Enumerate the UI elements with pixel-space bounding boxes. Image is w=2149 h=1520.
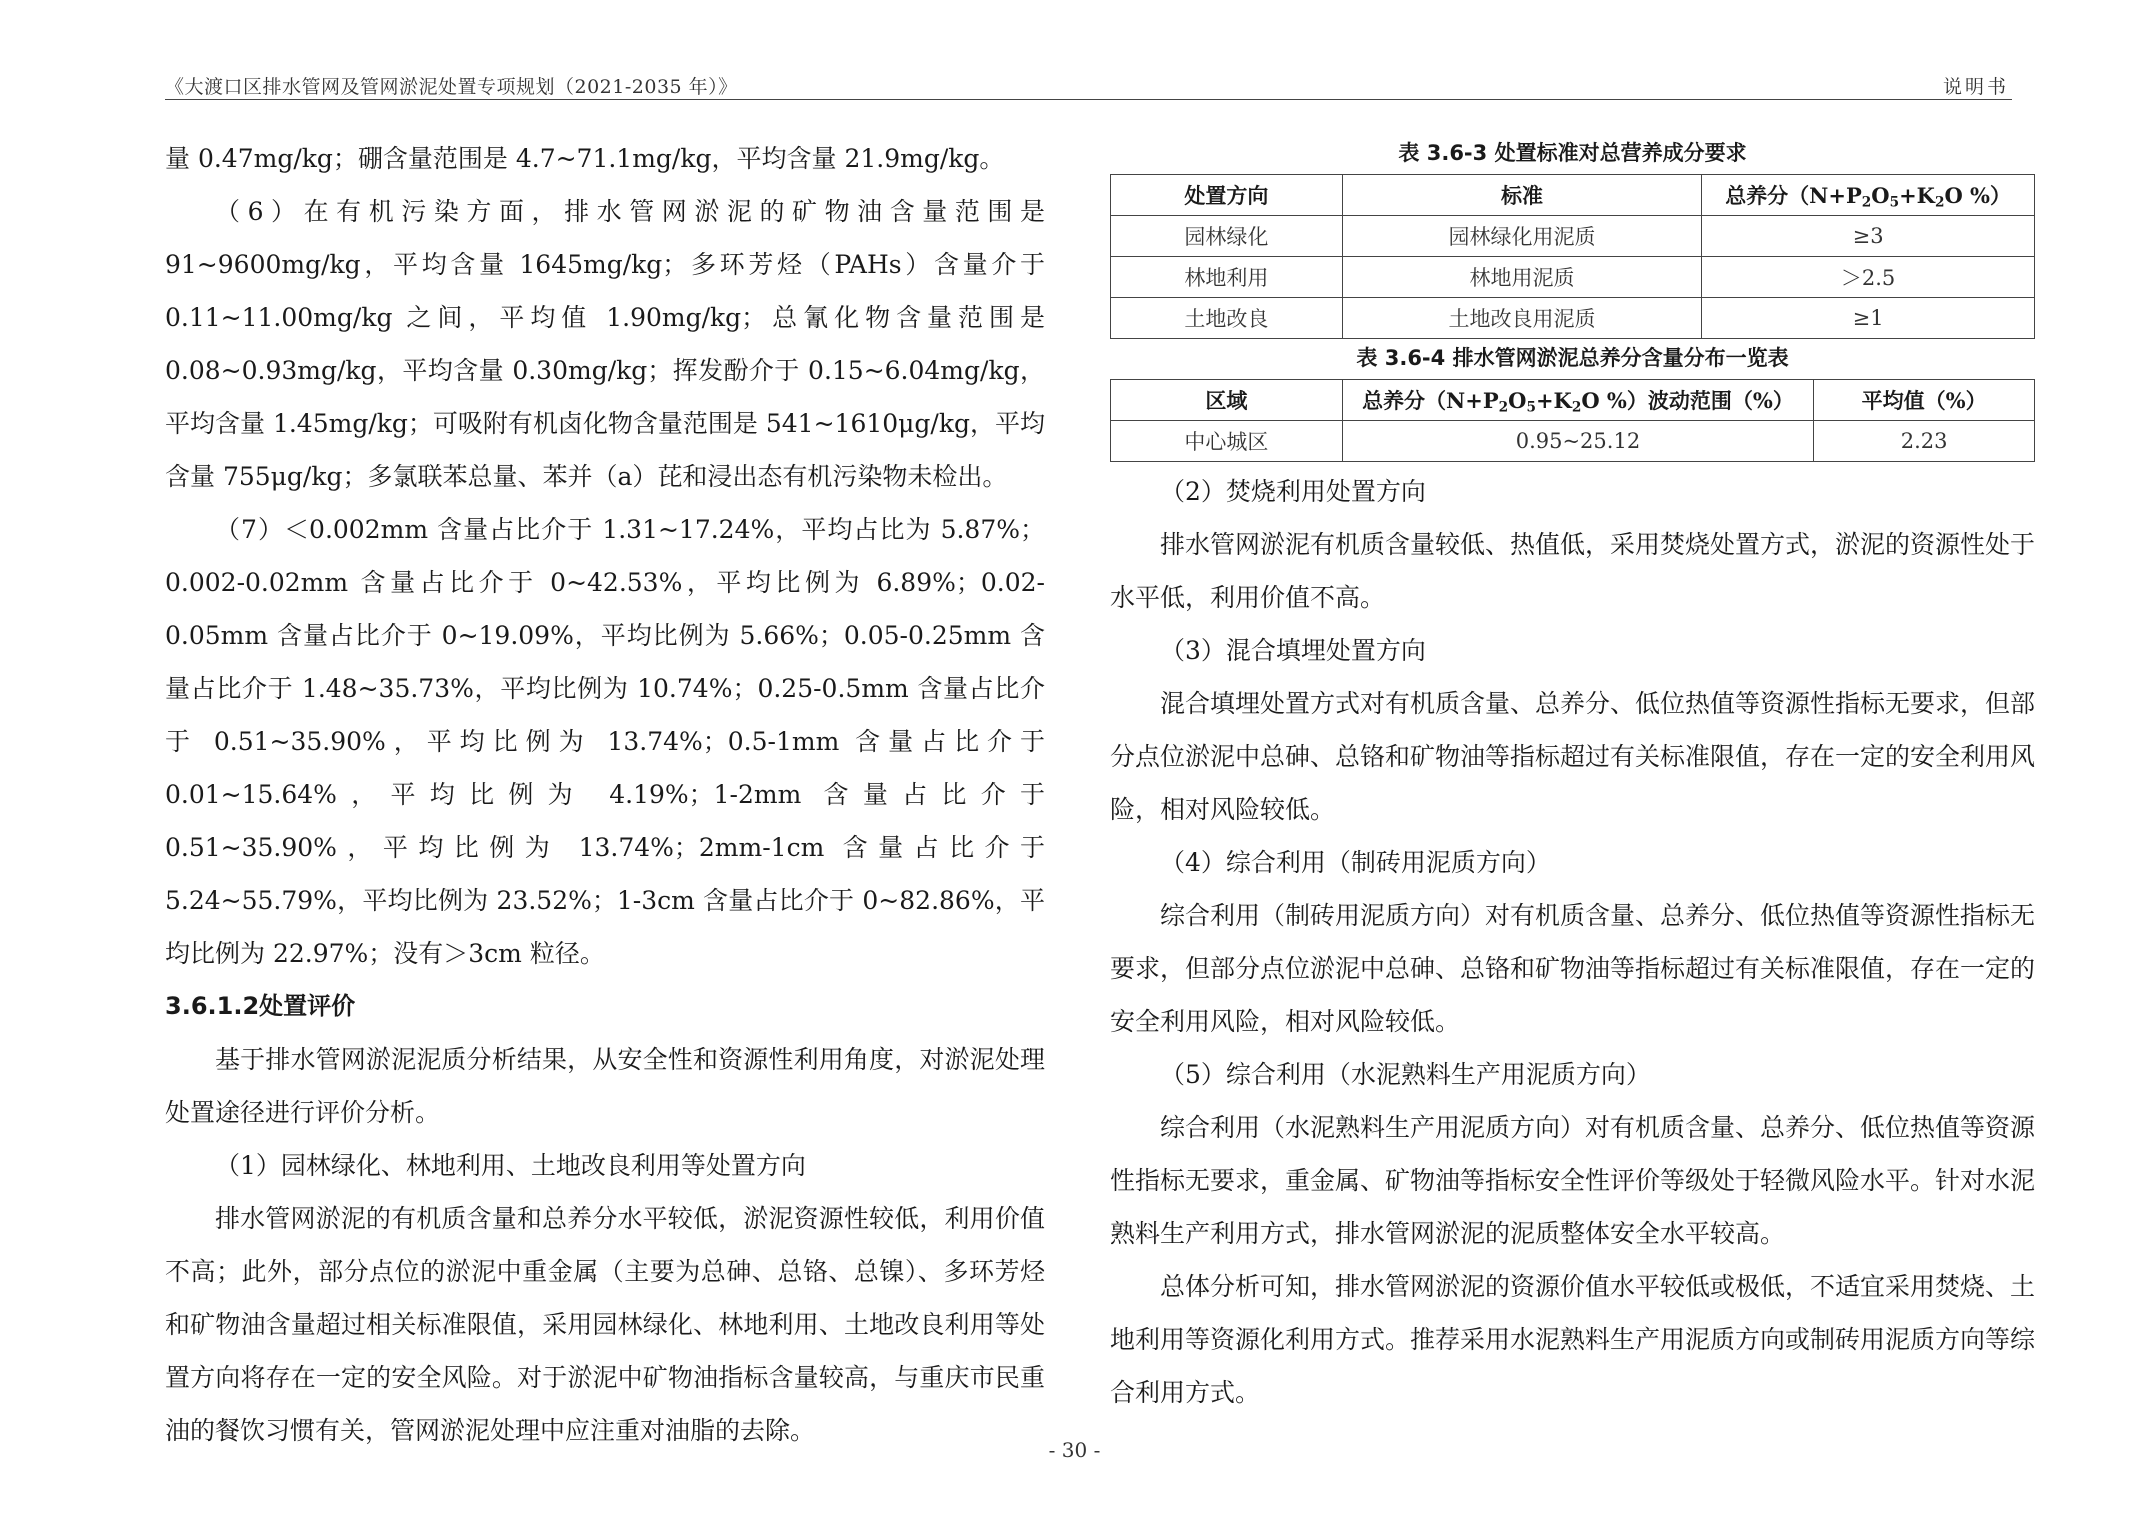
table-header-row: 处置方向 标准 总养分（N+P2O5+K2O %）: [1111, 175, 2035, 216]
table-caption: 表 3.6-3 处置标准对总营养成分要求: [1110, 138, 2035, 168]
table-row: 林地利用 林地用泥质 ＞2.5: [1111, 257, 2035, 298]
left-column: 量 0.47mg/kg；硼含量范围是 4.7~71.1mg/kg，平均含量 21…: [165, 132, 1045, 1457]
table-cell: ＞2.5: [1702, 257, 2035, 298]
document-title: 《大渡口区排水管网及管网淤泥处置专项规划（2021-2035 年）》: [165, 72, 738, 99]
formula-subscript: 2: [1862, 194, 1872, 210]
table-header-cell: 平均值（%）: [1814, 380, 2035, 421]
header-divider: [165, 99, 2012, 100]
formula-subscript: 2: [1572, 399, 1582, 415]
table-cell: ≥3: [1702, 216, 2035, 257]
table-header-cell-nutrients-range: 总养分（N+P2O5+K2O %）波动范围（%）: [1342, 380, 1814, 421]
paragraph-direction-2: 排水管网淤泥有机质含量较低、热值低，采用焚烧处置方式，淤泥的资源性处于水平低，利…: [1110, 518, 2035, 624]
page-number: - 30 -: [0, 1438, 2149, 1462]
subheading-direction-4: （4）综合利用（制砖用泥质方向）: [1110, 836, 2035, 889]
subheading-direction-3: （3）混合填埋处置方向: [1110, 624, 2035, 677]
paragraph-direction-5: 综合利用（水泥熟料生产用泥质方向）对有机质含量、总养分、低位热值等资源性指标无要…: [1110, 1101, 2035, 1260]
table-header-cell: 区域: [1111, 380, 1343, 421]
formula-text: +K: [1899, 183, 1935, 208]
paragraph-organic-pollution: （6）在有机污染方面，排水管网淤泥的矿物油含量范围是 91~9600mg/kg，…: [165, 185, 1045, 503]
paragraph-evaluation-basis: 基于排水管网淤泥泥质分析结果，从安全性和资源性利用角度，对淤泥处理处置途径进行评…: [165, 1033, 1045, 1139]
paragraph-summary: 总体分析可知，排水管网淤泥的资源价值水平较低或极低，不适宜采用焚烧、土地利用等资…: [1110, 1260, 2035, 1419]
table-cell: 土地改良用泥质: [1342, 298, 1702, 339]
table-cell: 0.95~25.12: [1342, 421, 1814, 462]
table-cell: 中心城区: [1111, 421, 1343, 462]
table-cell: 园林绿化用泥质: [1342, 216, 1702, 257]
paragraph-boron: 量 0.47mg/kg；硼含量范围是 4.7~71.1mg/kg，平均含量 21…: [165, 132, 1045, 185]
table-cell: 林地利用: [1111, 257, 1343, 298]
table-cell: 园林绿化: [1111, 216, 1343, 257]
paragraph-direction-4: 综合利用（制砖用泥质方向）对有机质含量、总养分、低位热值等资源性指标无要求，但部…: [1110, 889, 2035, 1048]
table-cell: ≥1: [1702, 298, 2035, 339]
table-3-6-4: 区域 总养分（N+P2O5+K2O %）波动范围（%） 平均值（%） 中心城区 …: [1110, 379, 2035, 462]
subheading-direction-5: （5）综合利用（水泥熟料生产用泥质方向）: [1110, 1048, 2035, 1101]
table-header-cell-nutrients: 总养分（N+P2O5+K2O %）: [1702, 175, 2035, 216]
table-header-cell: 标准: [1342, 175, 1702, 216]
section-heading: 3.6.1.2处置评价: [165, 980, 1045, 1033]
table-cell: 土地改良: [1111, 298, 1343, 339]
formula-subscript: 2: [1499, 399, 1509, 415]
paragraph-direction-1: 排水管网淤泥的有机质含量和总养分水平较低，淤泥资源性较低，利用价值不高；此外，部…: [165, 1192, 1045, 1457]
table-3-6-3: 处置方向 标准 总养分（N+P2O5+K2O %） 园林绿化 园林绿化用泥质 ≥…: [1110, 174, 2035, 339]
table-caption: 表 3.6-4 排水管网淤泥总养分含量分布一览表: [1110, 343, 2035, 373]
document-type-label: 说明书: [1943, 72, 2009, 99]
right-column: （2）焚烧利用处置方向 排水管网淤泥有机质含量较低、热值低，采用焚烧处置方式，淤…: [1110, 465, 2035, 1419]
formula-text: 总养分（N+P: [1362, 388, 1499, 413]
table-header-row: 区域 总养分（N+P2O5+K2O %）波动范围（%） 平均值（%）: [1111, 380, 2035, 421]
formula-text: 总养分（N+P: [1725, 183, 1862, 208]
table-header-cell: 处置方向: [1111, 175, 1343, 216]
table-row: 园林绿化 园林绿化用泥质 ≥3: [1111, 216, 2035, 257]
formula-subscript: 5: [1890, 194, 1900, 210]
table-row: 中心城区 0.95~25.12 2.23: [1111, 421, 2035, 462]
formula-text: +K: [1536, 388, 1572, 413]
formula-text: O: [1871, 183, 1889, 208]
table-3-6-4-block: 表 3.6-4 排水管网淤泥总养分含量分布一览表 区域 总养分（N+P2O5+K…: [1110, 343, 2035, 462]
paragraph-direction-3: 混合填埋处置方式对有机质含量、总养分、低位热值等资源性指标无要求，但部分点位淤泥…: [1110, 677, 2035, 836]
formula-subscript: 2: [1935, 194, 1945, 210]
table-row: 土地改良 土地改良用泥质 ≥1: [1111, 298, 2035, 339]
table-cell: 林地用泥质: [1342, 257, 1702, 298]
formula-subscript: 5: [1526, 399, 1536, 415]
formula-text: O %）波动范围（%）: [1581, 388, 1794, 413]
subheading-direction-2: （2）焚烧利用处置方向: [1110, 465, 2035, 518]
table-cell: 2.23: [1814, 421, 2035, 462]
table-3-6-3-block: 表 3.6-3 处置标准对总营养成分要求 处置方向 标准 总养分（N+P2O5+…: [1110, 138, 2035, 339]
subheading-direction-1: （1）园林绿化、林地利用、土地改良利用等处置方向: [165, 1139, 1045, 1192]
paragraph-particle-size: （7）＜0.002mm 含量占比介于 1.31~17.24%，平均占比为 5.8…: [165, 503, 1045, 980]
formula-text: O: [1508, 388, 1526, 413]
formula-text: O %）: [1944, 183, 2011, 208]
